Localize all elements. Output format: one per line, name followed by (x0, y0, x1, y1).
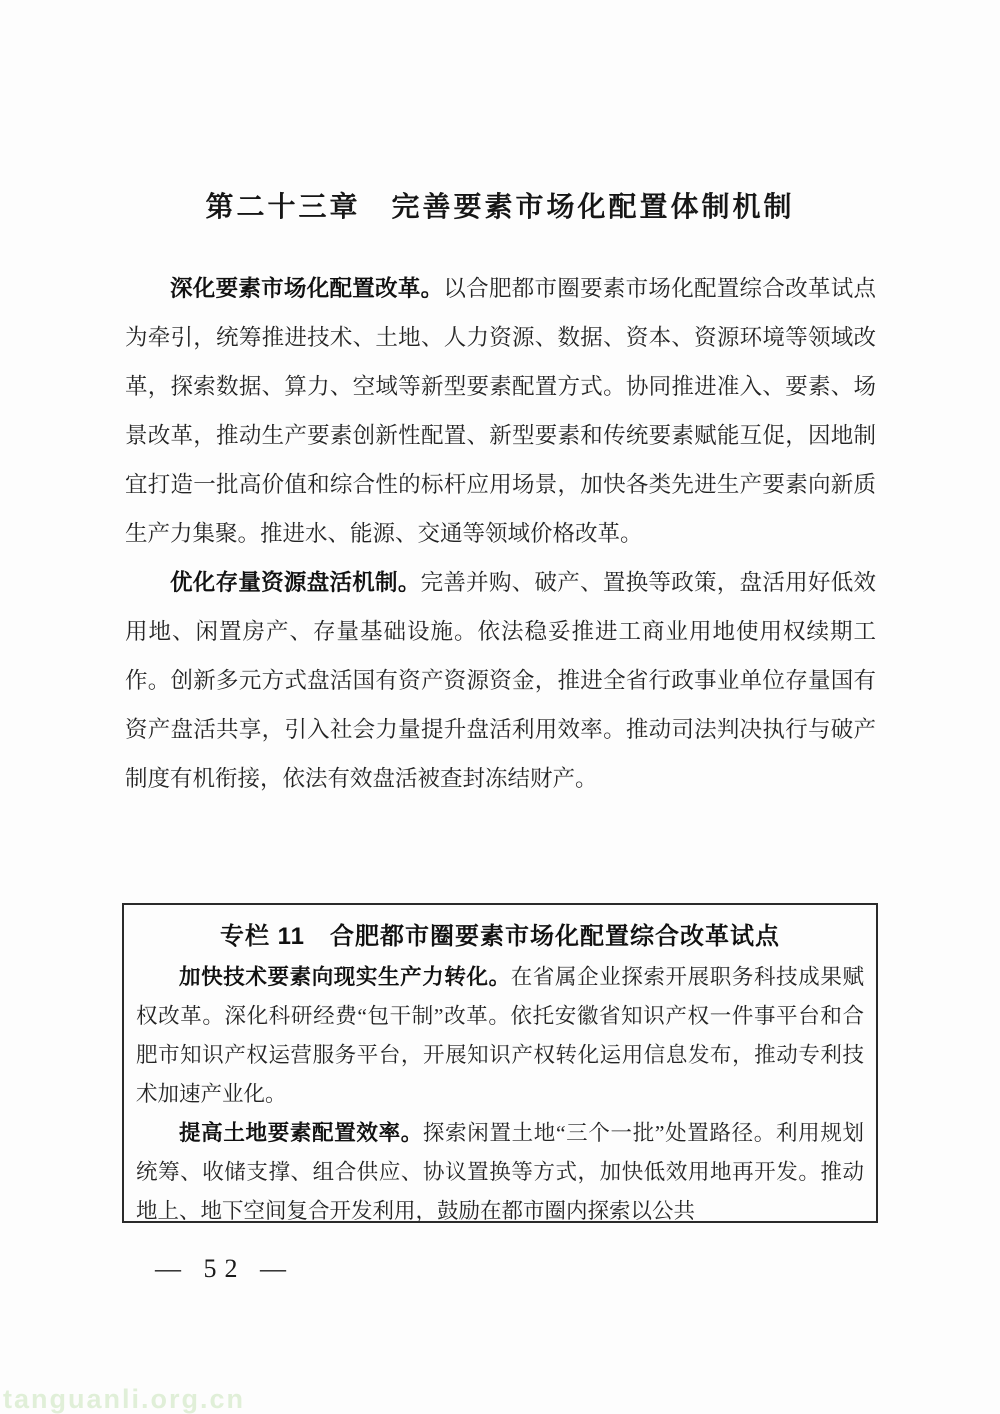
paragraph-text: 以合肥都市圈要素市场化配置综合改革试点为牵引，统筹推进技术、土地、人力资源、数据… (125, 276, 876, 546)
box-paragraph: 加快技术要素向现实生产力转化。在省属企业探索开展职务科技成果赋权改革。深化科研经… (136, 958, 864, 1114)
paragraph-lead-in: 深化要素市场化配置改革。 (170, 276, 443, 301)
document-page: 第二十三章 完善要素市场化配置体制机制 深化要素市场化配置改革。以合肥都市圈要素… (0, 0, 1000, 1414)
column-11-box: 专栏 11 合肥都市圈要素市场化配置综合改革试点 加快技术要素向现实生产力转化。… (122, 903, 878, 1223)
box-paragraph: 提高土地要素配置效率。探索闲置土地“三个一批”处置路径。利用规划统筹、收储支撑、… (136, 1114, 864, 1223)
column-box-body: 加快技术要素向现实生产力转化。在省属企业探索开展职务科技成果赋权改革。深化科研经… (136, 958, 864, 1223)
box-paragraph-lead-in: 加快技术要素向现实生产力转化。 (179, 965, 511, 989)
paragraph: 深化要素市场化配置改革。以合肥都市圈要素市场化配置综合改革试点为牵引，统筹推进技… (125, 264, 876, 558)
page-number: — 52 — (155, 1254, 294, 1284)
watermark-text: tanguanli.org.cn (3, 1384, 245, 1414)
paragraph-text: 完善并购、破产、置换等政策，盘活用好低效用地、闲置房产、存量基础设施。依法稳妥推… (125, 570, 876, 791)
chapter-title: 第二十三章 完善要素市场化配置体制机制 (0, 185, 1000, 225)
paragraph-lead-in: 优化存量资源盘活机制。 (170, 570, 421, 595)
body-text: 深化要素市场化配置改革。以合肥都市圈要素市场化配置综合改革试点为牵引，统筹推进技… (125, 264, 876, 803)
column-box-title: 专栏 11 合肥都市圈要素市场化配置综合改革试点 (136, 916, 864, 951)
paragraph: 优化存量资源盘活机制。完善并购、破产、置换等政策，盘活用好低效用地、闲置房产、存… (125, 558, 876, 803)
box-paragraph-lead-in: 提高土地要素配置效率。 (179, 1121, 423, 1145)
